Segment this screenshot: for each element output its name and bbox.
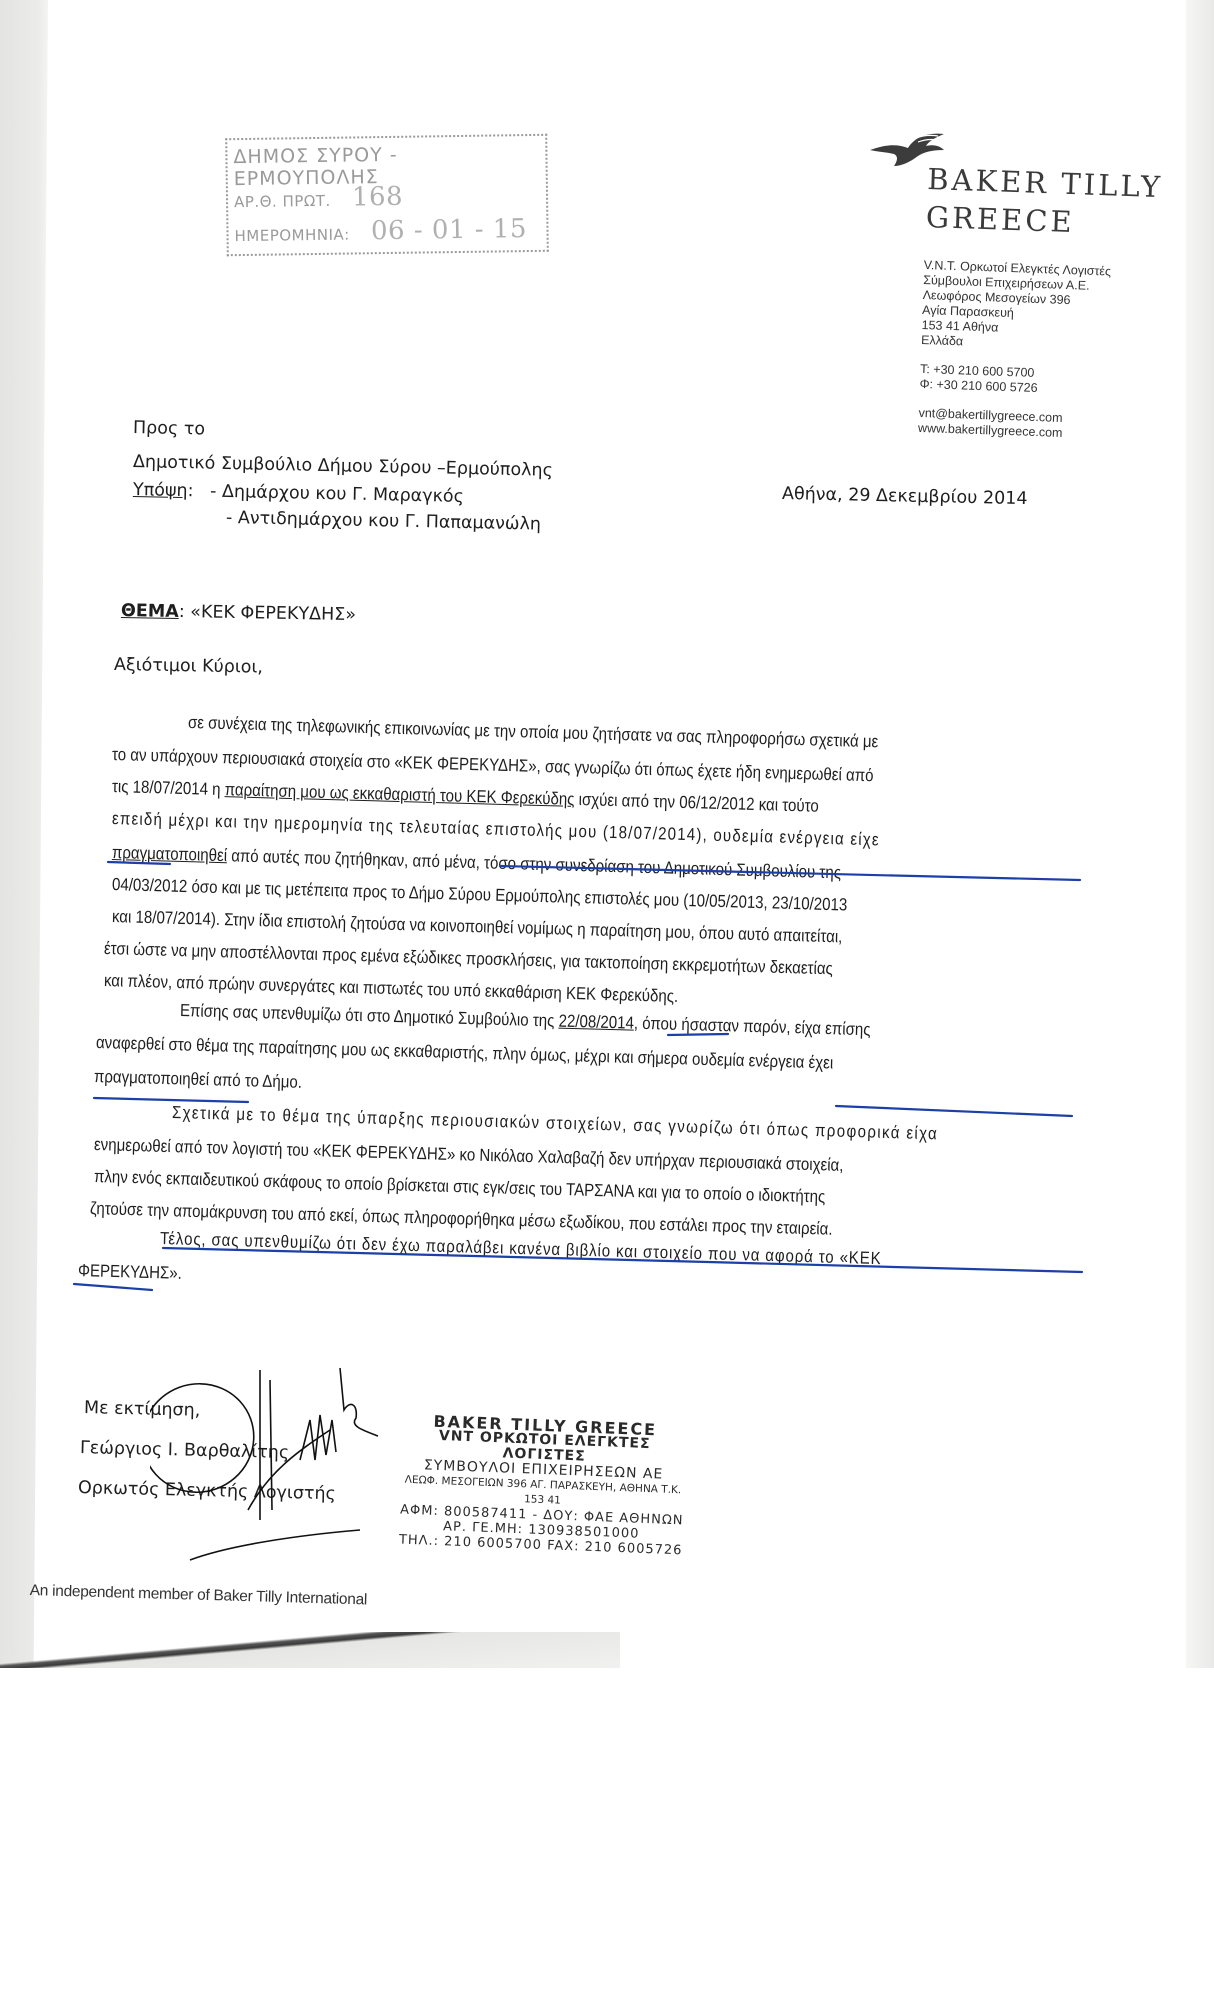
- company-stamp: BAKER TILLY GREECE VNT ΟΡΚΩΤΟΙ ΕΛΕΓΚΤΕΣ …: [396, 1412, 691, 1558]
- scanned-letter-page: ΔΗΜΟΣ ΣΥΡΟΥ - ΕΡΜΟΥΠΟΛΗΣ ΑΡ.Θ. ΠΡΩΤ. 168…: [0, 0, 1214, 1668]
- handwritten-signature: [150, 1360, 410, 1600]
